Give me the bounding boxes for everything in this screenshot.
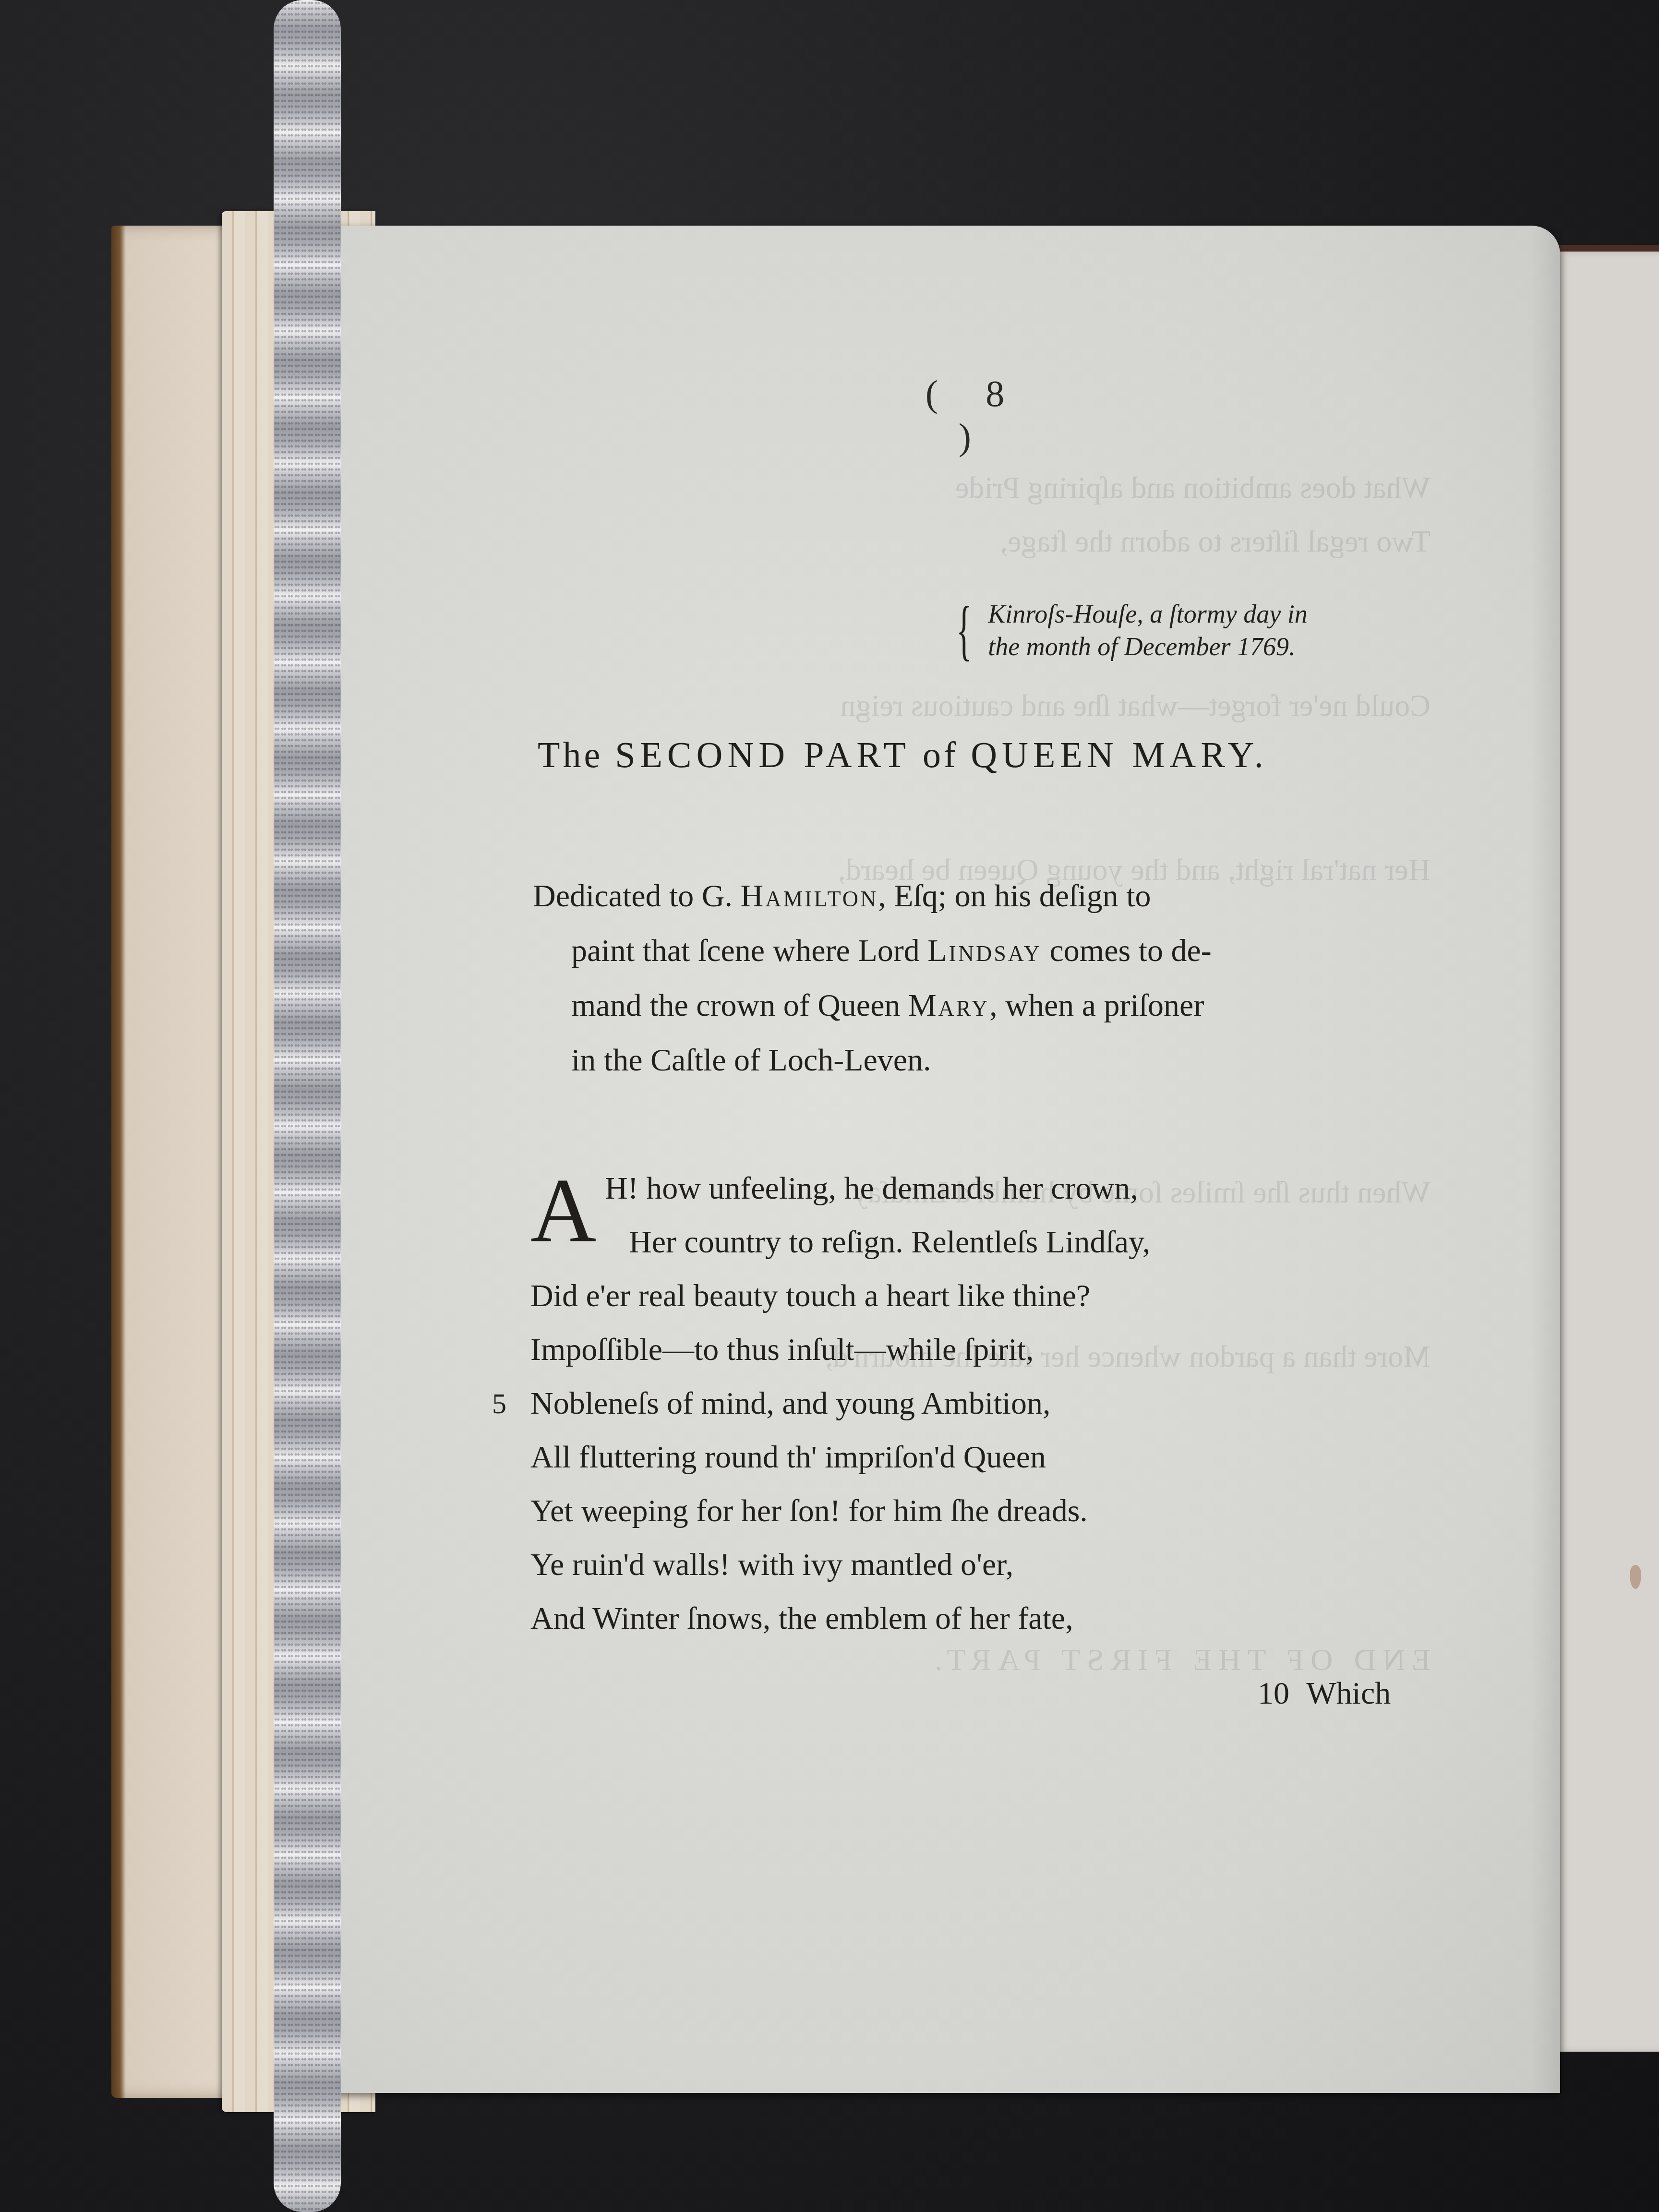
brace-icon: {	[956, 601, 973, 659]
verse-line: Impoſſible—to thus inſult—while ſpirit,	[485, 1323, 1493, 1377]
location-note-lines: Kinroſs-Houſe, a ſtormy day in the month…	[988, 598, 1307, 663]
dedication-line: paint that ſcene where Lord Lindsay come…	[533, 924, 1407, 978]
title-part: SECOND PART	[615, 735, 911, 775]
title-prefix: The	[538, 735, 603, 775]
verse-line: Yet weeping for her ſon! for him ſhe dre…	[485, 1484, 1493, 1538]
catchword-line-number: 10	[1258, 1676, 1289, 1711]
verse-text: Her country to reſign. Relentleſs Lindſa…	[629, 1225, 1150, 1260]
verse-line: 5 Nobleneſs of mind, and young Ambition,	[485, 1377, 1493, 1431]
bookmark-ribbon	[274, 0, 341, 2212]
page-number: ( 8 )	[902, 372, 1046, 458]
queen-name: Mary	[908, 988, 989, 1023]
dedication-text: paint that ſcene where Lord	[571, 933, 927, 968]
verse-text: Did e'er real beauty touch a heart like …	[530, 1278, 1090, 1313]
verse-text: H! how unfeeling, he demands her crown,	[605, 1171, 1138, 1206]
verse-line: Ye ruin'd walls! with ivy mantled o'er,	[485, 1538, 1493, 1592]
title-of: of	[923, 735, 959, 775]
dedication-text: comes to de-	[1042, 933, 1212, 968]
verse-line: And Winter ſnows, the emblem of her fate…	[485, 1592, 1493, 1646]
verse-line: Her country to reſign. Relentleſs Lindſa…	[485, 1215, 1493, 1269]
location-note-line: the month of December 1769.	[988, 630, 1307, 663]
poem-title: The SECOND PART of QUEEN MARY.	[538, 734, 1268, 776]
dedication-line: mand the crown of Queen Mary, when a pri…	[533, 978, 1407, 1033]
dedicatee-name: Hamilton	[741, 878, 878, 914]
verse-line: Did e'er real beauty touch a heart like …	[485, 1269, 1493, 1323]
lord-name: Lindsay	[927, 933, 1042, 968]
catchword: 10 Which	[1258, 1675, 1391, 1712]
verse-line: H! how unfeeling, he demands her crown,	[485, 1162, 1493, 1215]
verse-text: And Winter ſnows, the emblem of her fate…	[530, 1601, 1073, 1636]
verse-line: All fluttering round th' impriſon'd Quee…	[485, 1431, 1493, 1484]
verse-text: Ye ruin'd walls! with ivy mantled o'er,	[530, 1547, 1013, 1582]
verse-text: Yet weeping for her ſon! for him ſhe dre…	[530, 1493, 1088, 1528]
location-note: { Kinroſs-Houſe, a ſtormy day in the mon…	[948, 598, 1308, 663]
dedication-text: Dedicated to G.	[533, 878, 741, 914]
dedication-text: , when a priſoner	[989, 988, 1204, 1023]
catchword-word: Which	[1306, 1676, 1391, 1711]
verse-block: A H! how unfeeling, he demands her crown…	[485, 1162, 1493, 1646]
dedication-text: , Eſq; on his deſign to	[878, 878, 1151, 914]
dedication-line: in the Caſtle of Loch-Leven.	[533, 1033, 1407, 1088]
dedication-text: mand the crown of Queen	[571, 988, 908, 1023]
line-number: 5	[492, 1377, 506, 1431]
verse-text: Nobleneſs of mind, and young Ambition,	[530, 1386, 1050, 1421]
page-content: ( 8 ) { Kinroſs-Houſe, a ſtormy day in t…	[0, 0, 1659, 2212]
dedication-line: Dedicated to G. Hamilton, Eſq; on his de…	[533, 869, 1407, 924]
location-note-line: Kinroſs-Houſe, a ſtormy day in	[988, 598, 1307, 630]
verse-text: All fluttering round th' impriſon'd Quee…	[530, 1440, 1046, 1475]
title-name: QUEEN MARY.	[971, 735, 1268, 775]
verse-text: Impoſſible—to thus inſult—while ſpirit,	[530, 1332, 1034, 1367]
dedication: Dedicated to G. Hamilton, Eſq; on his de…	[533, 869, 1407, 1088]
